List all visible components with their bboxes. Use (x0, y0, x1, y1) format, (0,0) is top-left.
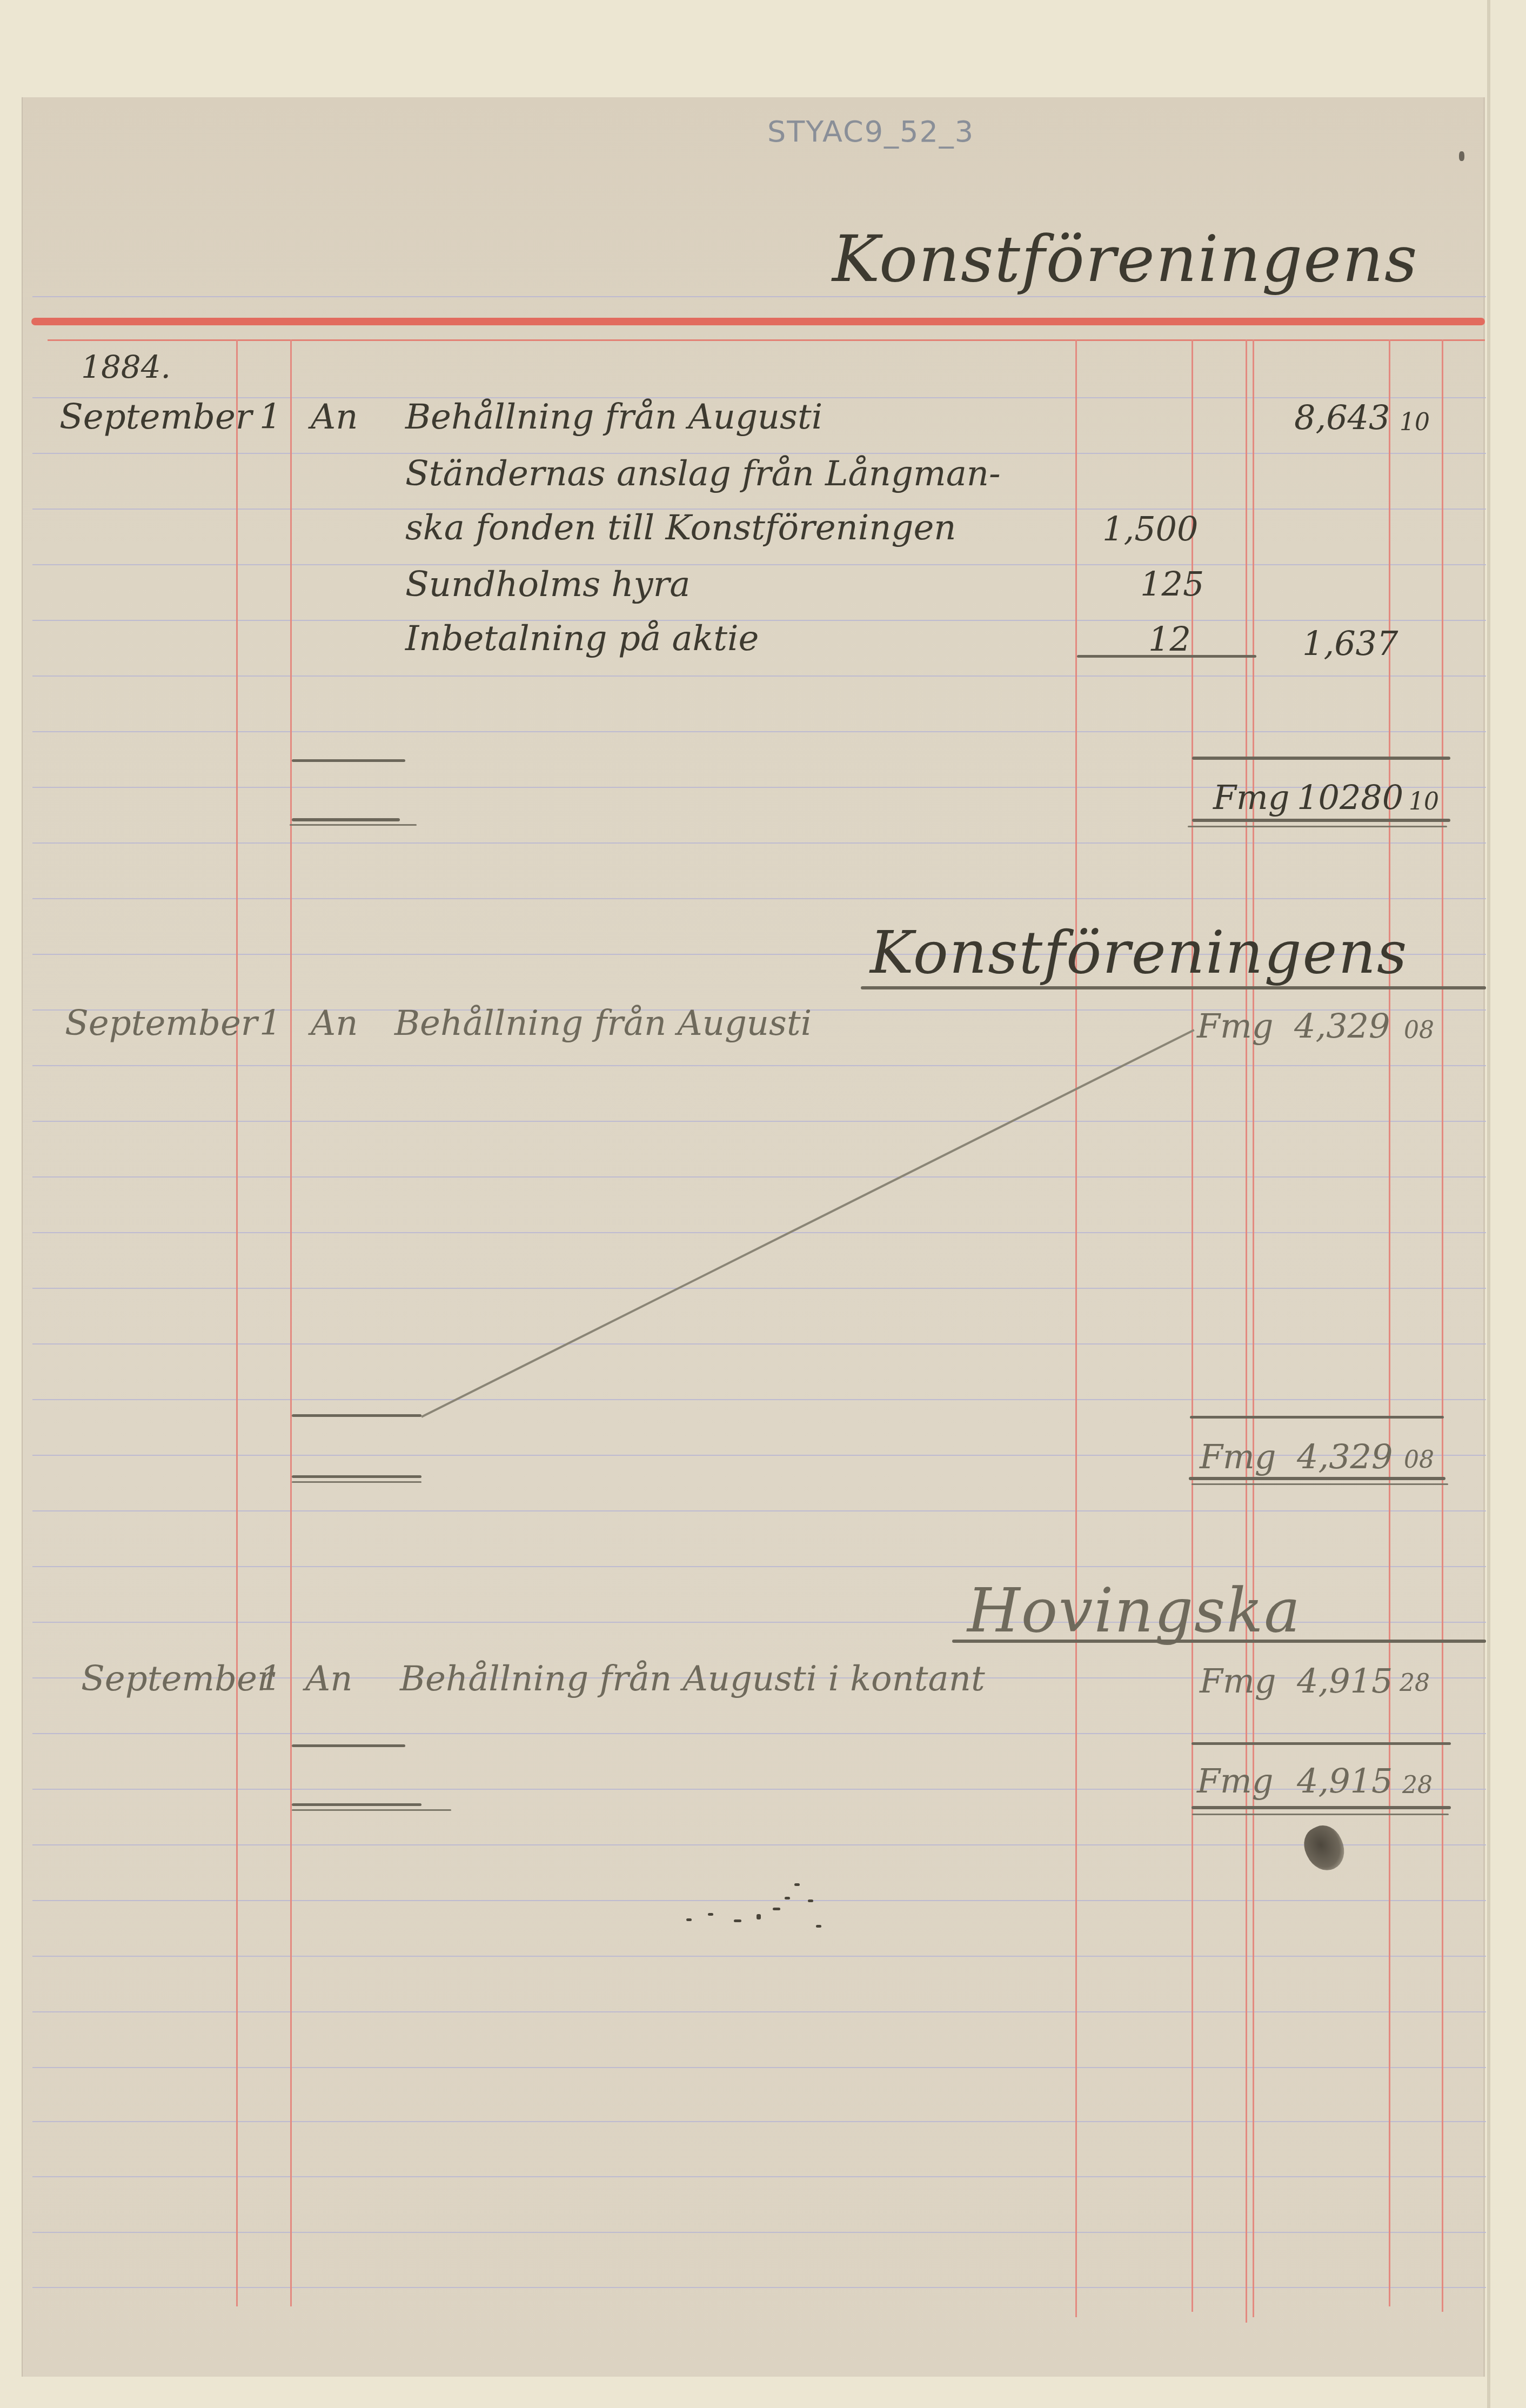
closing-rule (292, 1475, 421, 1478)
total-rule (1190, 1416, 1444, 1419)
closing-rule (292, 818, 400, 821)
ledger-page (22, 97, 1485, 2377)
total-rule (1192, 1814, 1449, 1815)
entry-day: 1 (259, 1006, 282, 1041)
total-rule (1192, 819, 1450, 822)
closing-rule (292, 1809, 451, 1811)
entry-description: ska fonden till Konstföreningen (405, 511, 956, 545)
entry-prefix: An (311, 1006, 358, 1041)
margin-mark (1459, 151, 1464, 161)
total-currency: Fmg (1200, 1440, 1276, 1474)
entry-amount: 8,643 (1294, 401, 1390, 434)
entry-amount: 4,915 (1297, 1664, 1393, 1698)
total-currency: Fmg (1213, 781, 1290, 814)
section-heading: Konstföreningens (832, 227, 1418, 291)
entry-day: 1 (259, 1662, 282, 1696)
ink-specks (670, 1881, 832, 1945)
entry-currency: Fmg (1197, 1009, 1274, 1043)
header-red-rule (31, 318, 1485, 325)
closing-rule (292, 1481, 421, 1483)
total-rule (1188, 826, 1447, 827)
entry-sub-amount: 1,500 (1102, 512, 1199, 546)
total-amount: 10280 (1297, 781, 1403, 814)
entry-day: 1 (259, 400, 282, 434)
entry-description: Behållning från Augusti i kontant (400, 1662, 985, 1696)
entry-cents: 10 (1400, 411, 1430, 434)
section-heading: Konstföreningens (870, 924, 1408, 982)
entry-cents: 08 (1404, 1019, 1434, 1042)
subtotal-rule (1077, 655, 1256, 658)
archive-reference-code: STYAC9_52_3 (767, 115, 974, 149)
total-rule (1192, 1483, 1448, 1485)
closing-rule (292, 1803, 421, 1806)
total-cents: 08 (1404, 1448, 1434, 1472)
entry-description: Inbetalning på aktie (405, 621, 759, 656)
heading-underline (861, 986, 1486, 989)
closing-rule (292, 1414, 421, 1417)
entry-prefix: An (311, 400, 358, 434)
entry-prefix: An (305, 1662, 352, 1696)
total-rule (1192, 757, 1450, 760)
entry-month: September (59, 400, 252, 434)
header-red-thin-rule (48, 339, 1485, 341)
total-currency: Fmg (1197, 1764, 1274, 1798)
entry-sub-amount: 125 (1140, 567, 1204, 601)
entry-description: Ständernas anslag från Långman- (405, 457, 1001, 491)
total-amount: 4,329 (1297, 1440, 1393, 1474)
year-label: 1884. (81, 351, 171, 383)
entry-cents: 28 (1400, 1671, 1430, 1695)
entry-sub-amount: 12 (1148, 623, 1191, 656)
total-rule (1192, 1742, 1451, 1745)
total-rule (1192, 1806, 1451, 1809)
entry-month: September (81, 1662, 273, 1696)
entry-description: Behållning från Augusti (405, 400, 822, 434)
closing-rule (290, 824, 417, 826)
closing-rule (292, 1744, 405, 1747)
entry-amount: 4,329 (1294, 1009, 1390, 1043)
mount-edge (1487, 0, 1490, 2408)
total-amount: 4,915 (1297, 1764, 1393, 1798)
entry-description: Sundholms hyra (405, 567, 690, 602)
heading-underline (952, 1640, 1486, 1643)
total-cents: 28 (1402, 1774, 1433, 1797)
total-cents: 10 (1409, 790, 1439, 814)
section-heading: Hovingska (967, 1581, 1301, 1641)
entry-amount: 1,637 (1302, 627, 1398, 660)
entry-currency: Fmg (1200, 1664, 1276, 1698)
entry-month: September (65, 1006, 257, 1041)
closing-rule (292, 759, 405, 762)
total-rule (1189, 1477, 1445, 1480)
entry-description: Behållning från Augusti (394, 1006, 812, 1041)
